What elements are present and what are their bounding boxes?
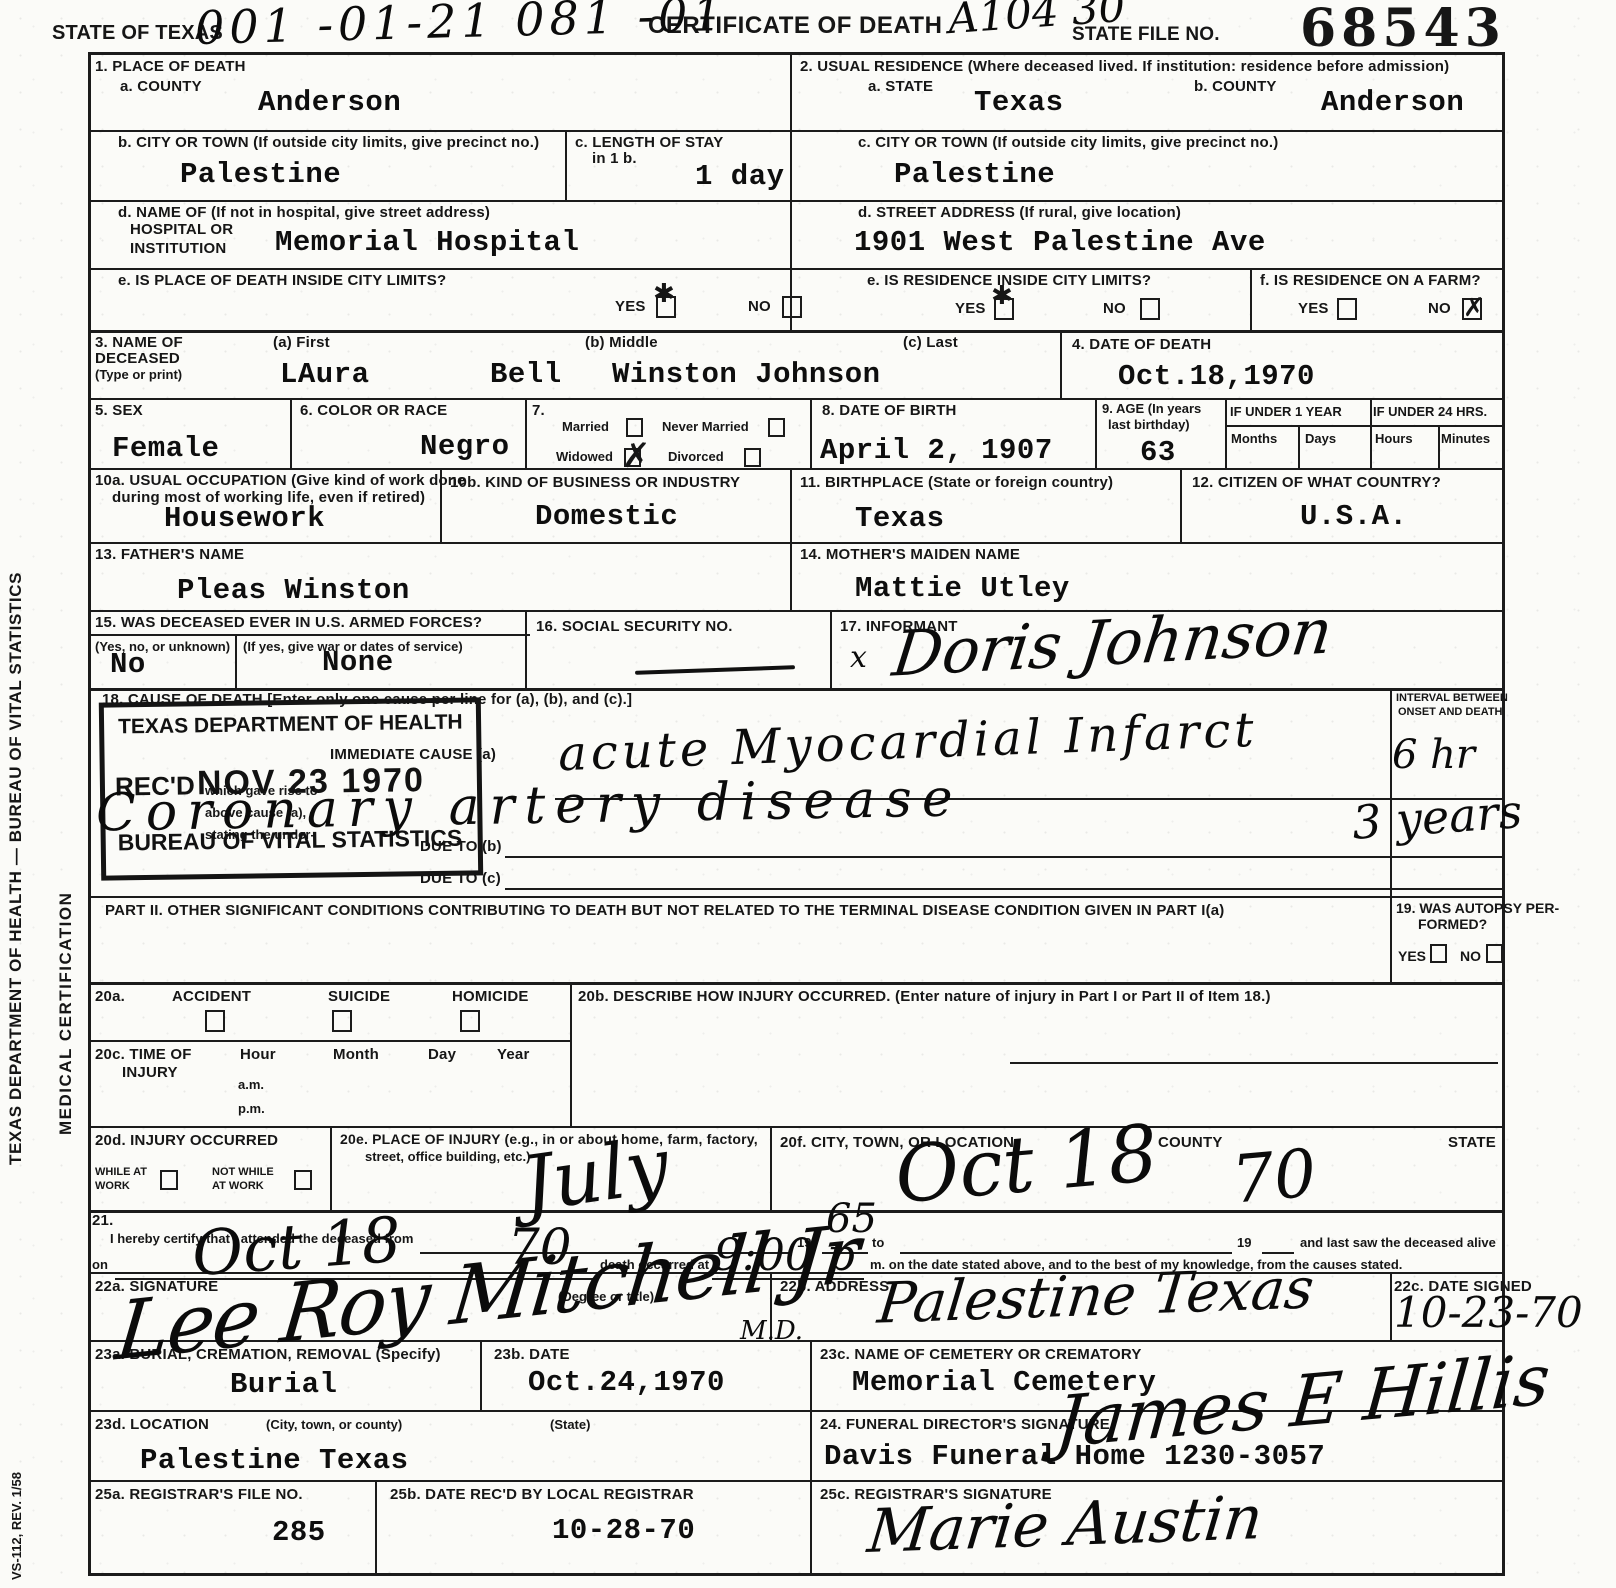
death-city-limits-label: e. IS PLACE OF DEATH INSIDE CITY LIMITS? (118, 272, 446, 289)
injury-county-label: COUNTY (1158, 1134, 1223, 1151)
not-while-at-work-label2: AT WORK (212, 1180, 264, 1193)
rule (565, 130, 567, 200)
death-limits-no-label: NO (748, 298, 771, 315)
burial-date-label: 23b. DATE (494, 1346, 570, 1363)
days-label: Days (1305, 432, 1336, 447)
widowed-label: Widowed (556, 450, 613, 465)
under-24-hrs-label: IF UNDER 24 HRS. (1373, 405, 1487, 420)
residence-county-label: b. COUNTY (1194, 78, 1277, 95)
while-at-work-label2: WORK (95, 1180, 130, 1193)
certify-on: on (92, 1258, 108, 1273)
am-label: a.m. (238, 1078, 264, 1093)
rule (290, 398, 292, 468)
cause-line-b (505, 856, 1503, 858)
due-to-b-label: DUE TO (b) (420, 838, 502, 855)
informant-signature: Doris Johnson (889, 594, 1337, 691)
death-limits-yes-checkbox: ✱ (656, 296, 676, 319)
residence-limits-yes-checkbox: ✱ (994, 298, 1014, 321)
never-married-checkbox (768, 418, 785, 438)
rule (1225, 398, 1227, 468)
hours-label: Hours (1375, 432, 1413, 447)
pm-label: p.m. (238, 1102, 265, 1117)
residence-city-value: Palestine (894, 158, 1055, 191)
armed-forces-service-value: None (322, 646, 394, 679)
residence-state-label: a. STATE (868, 78, 933, 95)
farm-yes-checkbox (1337, 298, 1357, 321)
industry-label: 10b. KIND OF BUSINESS OR INDUSTRY (450, 474, 740, 491)
x-check-icon: ✗ (1463, 293, 1485, 323)
residence-city-label: c. CITY OR TOWN (If outside city limits,… (858, 134, 1278, 151)
residence-state-value: Texas (974, 86, 1064, 119)
star-check-icon: ✱ (653, 279, 675, 309)
rule (790, 468, 792, 542)
last-name-label: (c) Last (903, 334, 958, 351)
citizen-label: 12. CITIZEN OF WHAT COUNTRY? (1192, 474, 1441, 491)
date-signed-handwriting: 10-23-70 (1394, 1288, 1583, 1337)
rule (810, 1410, 812, 1480)
due-to-c-label: DUE TO (c) (420, 870, 501, 887)
mothers-maiden-name-label: 14. MOTHER'S MAIDEN NAME (800, 546, 1020, 563)
rule (790, 542, 792, 610)
rule (810, 398, 812, 468)
suicide-checkbox (332, 1010, 352, 1033)
armed-forces-label: 15. WAS DECEASED EVER IN U.S. ARMED FORC… (95, 614, 482, 631)
rule (1225, 425, 1505, 427)
rule (330, 1126, 332, 1210)
immediate-cause-label: IMMEDIATE CAUSE (a) (330, 746, 496, 763)
certify-19b: 19 (1237, 1236, 1251, 1251)
rule (1438, 425, 1440, 468)
certify-section-label: 21. (92, 1212, 113, 1229)
not-while-at-work-checkbox (294, 1170, 312, 1191)
describe-injury-label: 20b. DESCRIBE HOW INJURY OCCURRED. (Ente… (578, 988, 1271, 1005)
rule (88, 896, 1505, 898)
under-1-year-label: IF UNDER 1 YEAR (1230, 405, 1342, 420)
rule (88, 398, 1505, 400)
state-file-number: 68543 (1300, 0, 1506, 59)
date-of-birth-value: April 2, 1907 (820, 434, 1053, 467)
residence-limits-no-checkbox (1140, 298, 1160, 321)
rule (88, 130, 1505, 132)
stamp-agency-line: TEXAS DEPARTMENT OF HEALTH (118, 711, 463, 740)
x-check-icon: ✗ (622, 436, 651, 476)
rule (810, 1480, 812, 1573)
cemetery-label: 23c. NAME OF CEMETERY OR CREMATORY (820, 1346, 1142, 1363)
autopsy-label2: FORMED? (1418, 916, 1487, 932)
minutes-label: Minutes (1441, 432, 1490, 447)
accident-section-label: 20a. (95, 988, 125, 1005)
rule (88, 634, 530, 636)
date-of-death-label: 4. DATE OF DEATH (1072, 336, 1211, 353)
name-of-deceased-title1: 3. NAME OF (95, 334, 183, 351)
certify-text-2: and last saw the deceased alive (1300, 1236, 1496, 1251)
to-year-handwriting: 70 (1229, 1134, 1319, 1218)
rule (88, 268, 1505, 270)
rule (1370, 398, 1372, 468)
first-name-value: LAura (280, 358, 370, 391)
rule (1250, 268, 1252, 330)
place-of-injury-label2: street, office building, etc.) (365, 1150, 530, 1165)
rule (88, 982, 1505, 985)
while-at-work-label1: WHILE AT (95, 1166, 147, 1179)
autopsy-no-checkbox (1486, 944, 1503, 964)
burial-location-value: Palestine Texas (140, 1444, 409, 1477)
cause-a-interval-handwriting: 6 hr (1392, 732, 1475, 778)
months-label: Months (1231, 432, 1277, 447)
rule (1180, 468, 1182, 542)
length-of-stay-label: c. LENGTH OF STAY (575, 134, 723, 151)
birthplace-value: Texas (855, 502, 945, 535)
rule (480, 1340, 482, 1410)
name-of-deceased-title3: (Type or print) (95, 368, 182, 383)
race-label: 6. COLOR OR RACE (300, 402, 447, 419)
middle-name-label: (b) Middle (585, 334, 658, 351)
age-value: 63 (1140, 436, 1176, 469)
ssn-dash (635, 665, 795, 675)
margin-agency-text: TEXAS DEPARTMENT OF HEALTH — BUREAU OF V… (6, 255, 25, 1165)
rule (88, 1040, 570, 1042)
injury-state-label: STATE (1448, 1134, 1496, 1151)
handwritten-file-code: 001 -01-21 081 -01 (194, 0, 727, 55)
star-check-icon: ✱ (991, 281, 1013, 311)
name-of-deceased-title2: DECEASED (95, 350, 180, 367)
cause-b-interval-handwriting: 3 years (1350, 784, 1523, 850)
while-at-work-checkbox (160, 1170, 178, 1191)
mothers-maiden-name-value: Mattie Utley (855, 572, 1070, 605)
registrar-file-no-value: 285 (272, 1516, 326, 1549)
rule (88, 200, 1505, 202)
citizen-value: U.S.A. (1300, 500, 1407, 533)
length-of-stay-value: 1 day (695, 160, 785, 193)
suicide-label: SUICIDE (328, 988, 390, 1005)
occupation-value: Housework (164, 502, 325, 535)
married-checkbox (626, 418, 643, 438)
street-address-value: 1901 West Palestine Ave (854, 226, 1266, 259)
hospital-label2: HOSPITAL OR (130, 221, 233, 238)
burial-date-value: Oct.24,1970 (528, 1366, 725, 1399)
autopsy-label1: 19. WAS AUTOPSY PER- (1396, 900, 1559, 916)
farm-yes-label: YES (1298, 300, 1329, 317)
rule (790, 52, 792, 330)
part2-label: PART II. OTHER SIGNIFICANT CONDITIONS CO… (105, 902, 1225, 919)
hour-label: Hour (240, 1046, 276, 1063)
birthplace-label: 11. BIRTHPLACE (State or foreign country… (800, 474, 1113, 491)
time-of-injury-label2: INJURY (122, 1064, 178, 1081)
year-label: Year (497, 1046, 530, 1063)
injury-answer-line (1010, 1062, 1498, 1064)
length-of-stay-label2: in 1 b. (592, 150, 637, 167)
form-border-left (88, 52, 91, 1575)
never-married-label: Never Married (662, 420, 749, 435)
date-received-label: 25b. DATE REC'D BY LOCAL REGISTRAR (390, 1486, 694, 1503)
burial-type-value: Burial (230, 1368, 337, 1401)
hospital-label: d. NAME OF (If not in hospital, give str… (118, 204, 490, 221)
hospital-label3: INSTITUTION (130, 240, 226, 257)
armed-forces-value: No (110, 648, 146, 681)
rule (770, 1126, 772, 1210)
not-while-at-work-label1: NOT WHILE (212, 1166, 274, 1179)
time-of-injury-label1: 20c. TIME OF (95, 1046, 192, 1063)
county-label: a. COUNTY (120, 78, 202, 95)
rule (88, 542, 1505, 544)
interval-header2: ONSET AND DEATH (1398, 706, 1503, 719)
certify-blank-4 (1262, 1252, 1294, 1254)
farm-no-label: NO (1428, 300, 1451, 317)
homicide-label: HOMICIDE (452, 988, 529, 1005)
sex-label: 5. SEX (95, 402, 143, 419)
date-of-death-value: Oct.18,1970 (1118, 360, 1315, 393)
rule (1060, 330, 1062, 398)
cause-line-c (505, 888, 1503, 890)
registrar-file-no-label: 25a. REGISTRAR'S FILE NO. (95, 1486, 303, 1503)
autopsy-yes-checkbox (1430, 944, 1447, 964)
form-border-bottom (88, 1573, 1505, 1576)
residence-farm-label: f. IS RESIDENCE ON A FARM? (1260, 272, 1481, 289)
burial-location-sub1: (City, town, or county) (266, 1418, 402, 1433)
rule (88, 1126, 1505, 1128)
margin-medical-certification-text: MEDICAL CERTIFICATION (56, 695, 75, 1135)
fathers-name-label: 13. FATHER'S NAME (95, 546, 244, 563)
last-name-value: Winston Johnson (612, 358, 881, 391)
autopsy-yes-label: YES (1398, 948, 1426, 964)
date-received-value: 10-28-70 (552, 1514, 695, 1547)
rule (88, 1480, 1505, 1482)
injury-occurred-label: 20d. INJURY OCCURRED (95, 1132, 278, 1149)
rule (810, 1340, 812, 1410)
registrar-signature: Marie Austin (864, 1483, 1266, 1567)
county-value: Anderson (258, 86, 401, 119)
homicide-checkbox (460, 1010, 480, 1033)
rule (1298, 425, 1300, 468)
age-label1: 9. AGE (In years (1102, 402, 1201, 417)
autopsy-no-label: NO (1460, 948, 1481, 964)
date-of-birth-label: 8. DATE OF BIRTH (822, 402, 957, 419)
death-limits-yes-label: YES (615, 298, 646, 315)
city-label: b. CITY OR TOWN (If outside city limits,… (118, 134, 539, 151)
rule (525, 610, 527, 688)
accident-checkbox (205, 1010, 225, 1033)
usual-residence-title: 2. USUAL RESIDENCE (Where deceased lived… (800, 58, 1449, 75)
first-name-label: (a) First (273, 334, 330, 351)
rule (1095, 398, 1097, 468)
industry-value: Domestic (535, 500, 678, 533)
month-label: Month (333, 1046, 379, 1063)
death-certificate-scan: TEXAS DEPARTMENT OF HEALTH — BUREAU OF V… (0, 0, 1616, 1588)
place-of-death-title: 1. PLACE OF DEATH (95, 58, 246, 75)
occupation-label1: 10a. USUAL OCCUPATION (Give kind of work… (95, 472, 466, 489)
burial-location-label: 23d. LOCATION (95, 1416, 209, 1433)
residence-limits-no-label: NO (1103, 300, 1126, 317)
married-label: Married (562, 420, 609, 435)
rule (235, 634, 237, 688)
rule (525, 398, 527, 468)
physician-degree-handwriting: M.D. (740, 1316, 803, 1346)
ssn-label: 16. SOCIAL SECURITY NO. (536, 618, 733, 635)
sex-value: Female (112, 432, 219, 465)
age-label2: last birthday) (1108, 418, 1190, 433)
rule (830, 610, 832, 688)
race-value: Negro (420, 430, 510, 463)
middle-name-value: Bell (490, 358, 562, 391)
rule (570, 982, 572, 1126)
street-address-label: d. STREET ADDRESS (If rural, give locati… (858, 204, 1181, 221)
city-value: Palestine (180, 158, 341, 191)
divorced-checkbox (744, 448, 761, 468)
accident-label: ACCIDENT (172, 988, 251, 1005)
informant-x-mark: x (850, 640, 867, 675)
residence-county-value: Anderson (1321, 86, 1464, 119)
farm-no-checkbox: ✗ (1462, 298, 1482, 321)
burial-location-sub2: (State) (550, 1418, 590, 1433)
form-border-top (88, 52, 1505, 55)
rule (1390, 1272, 1392, 1340)
interval-header1: INTERVAL BETWEEN (1396, 692, 1508, 705)
divorced-label: Divorced (668, 450, 724, 465)
death-limits-no-checkbox (782, 296, 802, 319)
marital-section-label: 7. (532, 402, 545, 419)
residence-limits-yes-label: YES (955, 300, 986, 317)
rule (88, 468, 1505, 470)
day-label: Day (428, 1046, 456, 1063)
hospital-value: Memorial Hospital (275, 226, 579, 259)
rule (375, 1480, 377, 1573)
margin-form-number: VS-112, REV. 1/58 (10, 1425, 25, 1580)
rule (88, 330, 1505, 333)
fathers-name-value: Pleas Winston (177, 574, 410, 607)
widowed-checkbox: ✗ (624, 448, 641, 468)
certify-blank-3 (900, 1252, 1232, 1254)
